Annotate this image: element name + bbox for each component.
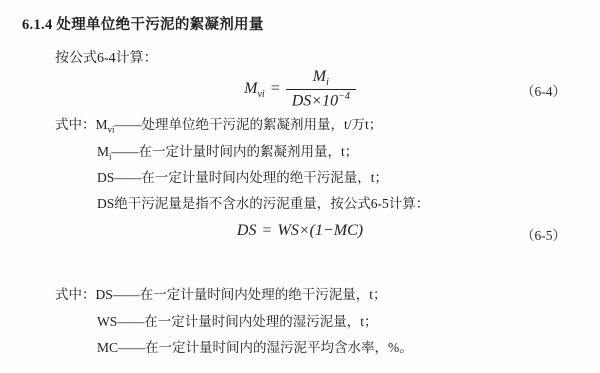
em-dash: —— [117, 314, 144, 329]
term-ws: WS [97, 314, 117, 329]
term-desc: 处理单位绝干污泥的絮凝剂用量，t/万t； [142, 117, 383, 132]
term-mvi: Mvi [96, 117, 115, 132]
term-desc: 在一定计量时间内处理的绝干污泥量，t； [141, 170, 388, 185]
term-desc: 在一定计量时间内的絮凝剂用量，t； [139, 144, 359, 159]
formula-6-5-row: DS=WS×(1−MC) （6-5） [0, 222, 600, 240]
equation-label-6-4: （6-4） [521, 80, 566, 100]
document-page: 6.1.4 处理单位绝干污泥的絮凝剂用量 按公式6-4计算： Mvi= Mi D… [0, 0, 600, 373]
em-dash: —— [114, 170, 141, 185]
fraction-numerator: Mi [286, 68, 356, 89]
formula-6-4-fraction: Mi DS×10−4 [286, 68, 356, 111]
intro-line: 按公式6-4计算： [55, 47, 158, 67]
where-65-line-1: 式中：DS——在一定计量时间内处理的绝干污泥量，t； [55, 283, 387, 305]
section-heading: 6.1.4 处理单位绝干污泥的絮凝剂用量 [22, 13, 264, 34]
formula-6-5-lhs: DS [237, 222, 257, 239]
em-dash: —— [113, 287, 140, 302]
term-mc: MC [97, 340, 118, 355]
where-64-line-2: Mi——在一定计量时间内的絮凝剂用量，t； [97, 140, 358, 162]
where-65-line-2: WS——在一定计量时间内处理的湿污泥量，t； [97, 310, 378, 332]
em-dash: —— [112, 144, 139, 159]
em-dash: —— [115, 117, 142, 132]
formula-6-4-lhs: Mvi [244, 80, 265, 97]
formula-6-4-row: Mvi= Mi DS×10−4 （6-4） [0, 68, 600, 111]
where-prefix: 式中： [55, 117, 96, 132]
term-mi: Mi [97, 144, 112, 159]
formula-6-4: Mvi= Mi DS×10−4 [244, 68, 356, 111]
fraction-denominator: DS×10−4 [286, 89, 356, 110]
term-ds: DS [96, 287, 113, 302]
term-desc: 在一定计量时间内处理的绝干污泥量，t； [140, 287, 387, 302]
term-ds: DS [97, 170, 114, 185]
equals-sign: = [262, 222, 271, 240]
where-64-note: DS绝干污泥量是指不含水的污泥重量，按公式6-5计算： [97, 192, 429, 212]
equation-label-6-5: （6-5） [521, 224, 566, 244]
term-desc: 在一定计量时间内的湿污泥平均含水率，%。 [145, 340, 413, 355]
where-64-line-3: DS——在一定计量时间内处理的绝干污泥量，t； [97, 166, 388, 188]
equals-sign: = [271, 80, 280, 98]
formula-6-5: DS=WS×(1−MC) [237, 222, 363, 240]
where-64-line-1: 式中：Mvi——处理单位绝干污泥的絮凝剂用量，t/万t； [55, 113, 382, 135]
where-65-line-3: MC——在一定计量时间内的湿污泥平均含水率，%。 [97, 336, 413, 358]
term-desc: 在一定计量时间内处理的湿污泥量，t； [144, 314, 377, 329]
em-dash: —— [118, 340, 145, 355]
where-prefix: 式中： [55, 287, 96, 302]
formula-6-5-rhs: WS×(1−MC) [278, 222, 364, 239]
